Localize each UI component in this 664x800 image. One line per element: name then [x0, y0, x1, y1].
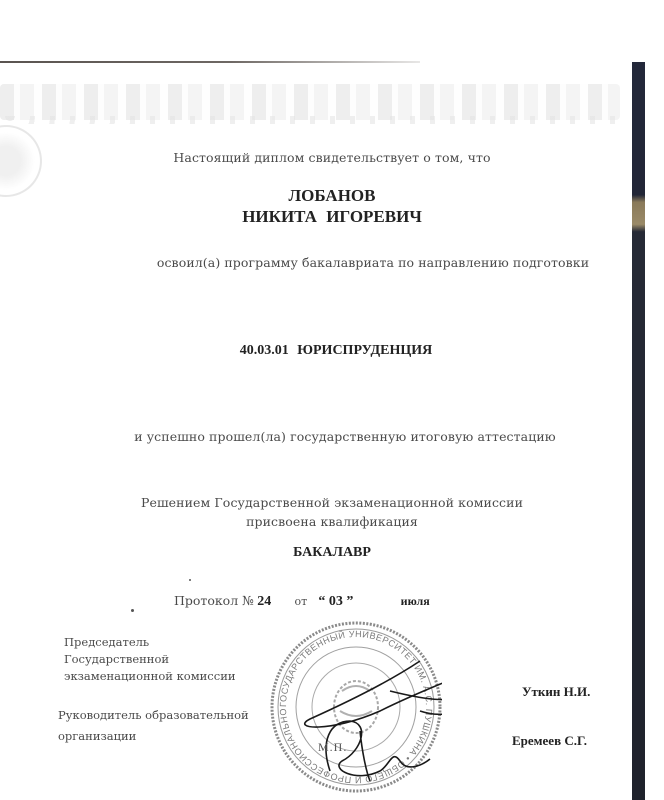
protocol-line: Протокол № 24 от “ 03 ” июля	[174, 593, 430, 610]
head-title-line: Руководитель образовательной	[58, 705, 249, 726]
ink-dot	[189, 579, 191, 581]
qualification: БАКАЛАВР	[0, 545, 664, 561]
chair-title-line: Государственной	[64, 651, 236, 668]
protocol-day: “ 03 ”	[318, 594, 353, 609]
svg-text:ГОСУДАРСТВЕННЫЙ УНИВЕРСИТЕТ ИМ: ГОСУДАРСТВЕННЫЙ УНИВЕРСИТЕТ ИМ. А.С. ПУШ…	[270, 621, 434, 785]
protocol-from-label: от	[294, 595, 307, 608]
chair-title-line: экзаменационной комиссии	[64, 668, 236, 685]
protocol-label: Протокол №	[174, 593, 254, 608]
protocol-month: июля	[401, 594, 430, 608]
chair-name: Уткин Н.И.	[522, 684, 590, 700]
official-seal-icon: ГОСУДАРСТВЕННЫЙ УНИВЕРСИТЕТ ИМ. А.С. ПУШ…	[270, 621, 442, 793]
chair-title: Председатель Государственной экзаменацио…	[64, 634, 236, 685]
graduate-surname: ЛОБАНОВ	[0, 186, 664, 206]
ink-dot	[131, 609, 134, 612]
mastered-text: освоил(а) программу бакалавриата по напр…	[0, 255, 664, 270]
graduate-given-names: НИКИТА ИГОРЕВИЧ	[0, 207, 664, 227]
assigned-text: присвоена квалификация	[0, 514, 664, 529]
protocol-number: 24	[257, 594, 271, 609]
seal-label: М.П.	[318, 740, 347, 755]
guilloche-border	[0, 84, 620, 120]
passed-text: и успешно прошел(ла) государственную ито…	[0, 429, 664, 444]
diploma-intro: Настоящий диплом свидетельствует о том, …	[0, 150, 664, 165]
decision-text: Решением Государственной экзаменационной…	[0, 495, 664, 510]
photo-top-edge	[0, 61, 420, 63]
head-title-line: организации	[58, 726, 249, 747]
head-name: Еремеев С.Г.	[512, 733, 587, 749]
head-title: Руководитель образовательной организации	[58, 705, 249, 747]
seal-ring-text: ГОСУДАРСТВЕННЫЙ УНИВЕРСИТЕТ ИМ. А.С. ПУШ…	[270, 621, 434, 785]
chair-title-line: Председатель	[64, 634, 236, 651]
program-name: 40.03.01 ЮРИСПРУДЕНЦИЯ	[0, 343, 664, 359]
